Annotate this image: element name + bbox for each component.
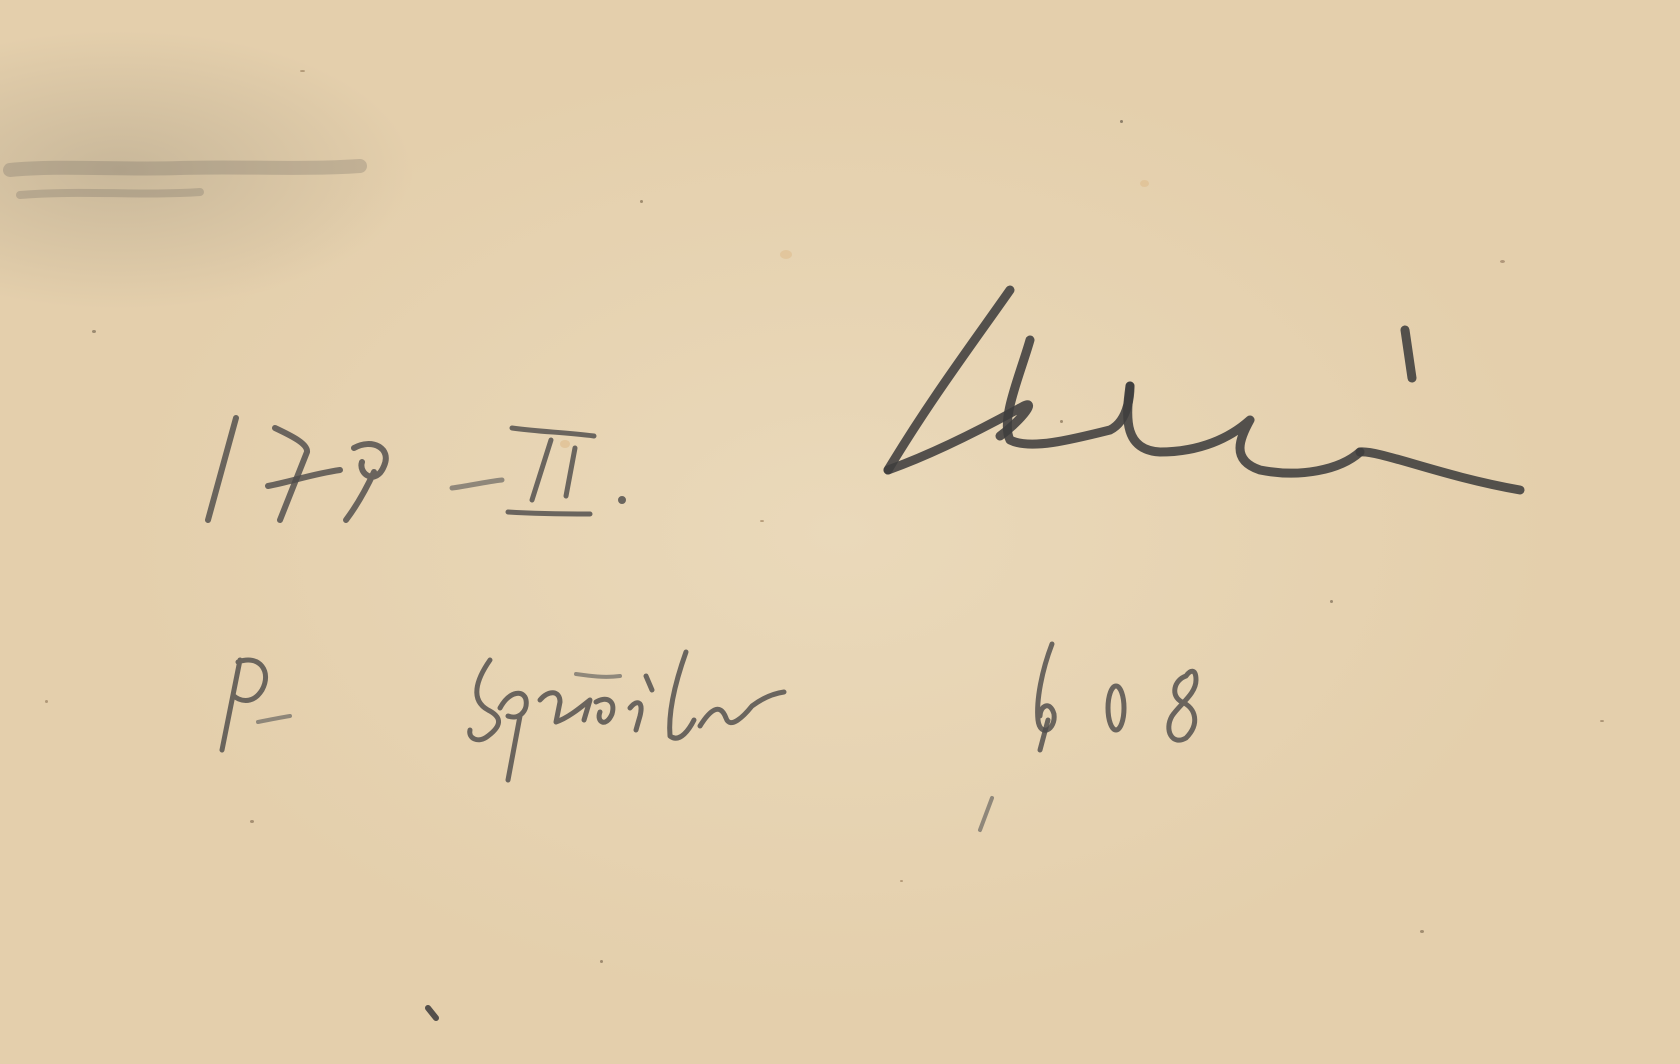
graphite-smudge [10, 166, 360, 195]
title-line [222, 644, 1196, 830]
paper-sheet: 178 - II. Klee P - Sgraffito, 608 [0, 0, 1680, 1064]
handwriting-layer [0, 0, 1680, 1064]
pencil-mark [428, 1008, 436, 1018]
signature [888, 290, 1520, 490]
inventory-number [208, 418, 624, 520]
